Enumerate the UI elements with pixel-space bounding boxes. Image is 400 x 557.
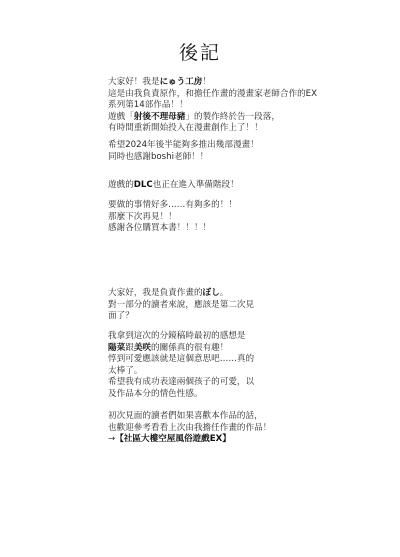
text-segment: 有時間重新開始投入在漫畫創作上了！！ [108,123,263,133]
section-illustrator-thoughts: 我拿到這次的分鏡稿時最初的感想是陽菜跟美咲的關係真的很有趣！惇到可愛應該就是這個… [108,331,358,401]
text-line: 及作品本分的情色性感。 [108,389,358,401]
text-segment: 跟 [125,343,134,353]
text-segment: 希望我有成功表達兩個孩子的可愛，以 [108,377,254,387]
text-segment: 要做的事情好多……有夠多的！！ [108,200,237,210]
emphasized-text: 射後不理母豬 [134,112,186,122]
text-line: 太棒了。 [108,366,358,378]
text-line: 有時間重新開始投入在漫畫創作上了！！ [108,123,358,135]
text-line: 希望我有成功表達兩個孩子的可愛，以 [108,377,358,389]
text-line: 惇到可愛應該就是這個意思吧……真的 [108,354,358,366]
text-line: 面了？ [108,311,358,323]
text-line: 我拿到這次的分鏡稿時最初的感想是 [108,331,358,343]
emphasized-text: 美咲 [134,343,151,353]
text-segment: 同時也感謝boshi老師！！ [108,152,208,162]
text-segment: 對一部分的讀者來說，應該是第二次見 [108,300,254,310]
text-segment: ！ [202,77,211,87]
text-segment: 惇到可愛應該就是這個意思吧……真的 [108,354,254,364]
section-illustrator-intro: 大家好，我是負責作畫的ぼし。對一部分的讀者來說，應該是第二次見面了？ [108,288,358,323]
section-recommendation: 初次見面的讀者們如果喜歡本作品的話，也歡迎參考看看上次由我擔任作畫的作品！→【社… [108,411,358,446]
text-segment: 遊戲「 [108,112,134,122]
text-line: 陽菜跟美咲的關係真的很有趣！ [108,343,358,355]
text-line: 這是由我負責原作，和擔任作畫的漫畫家老師合作的EX [108,89,358,101]
text-segment: 初次見面的讀者們如果喜歡本作品的話， [108,411,263,421]
text-line: 同時也感謝boshi老師！！ [108,152,358,164]
emphasized-text: ぼし [203,288,220,298]
page-title: 後記 [0,38,400,65]
text-segment: 我拿到這次的分鏡稿時最初的感想是 [108,331,246,341]
text-line: →【社區大樓空屋風俗遊戲EX】 [108,434,358,446]
section-artist-note: 大家好！我是にゅう工房！這是由我負責原作，和擔任作畫的漫畫家老師合作的EX系列第… [108,77,358,135]
text-line: 要做的事情好多……有夠多的！！ [108,200,358,212]
text-line: 也歡迎參考看看上次由我擔任作畫的作品！ [108,423,358,435]
text-segment: 的關係真的很有趣！ [151,343,228,353]
text-segment: 那麼下次再見！！ [108,212,177,222]
text-line: 系列第14部作品！！ [108,100,358,112]
text-line: 遊戲的DLC也正在進入準備階段！ [108,180,358,192]
text-line: 遊戲「射後不理母豬」的製作終於告一段落， [108,112,358,124]
text-line: 對一部分的讀者來說，應該是第二次見 [108,300,358,312]
section-dlc: 遊戲的DLC也正在進入準備階段！ [108,180,358,192]
section-thanks: 要做的事情好多……有夠多的！！那麼下次再見！！感謝各位購買本書！！！！ [108,200,358,235]
text-line: 大家好！我是にゅう工房！ [108,77,358,89]
emphasized-text: DLC [134,180,153,190]
text-segment: 及作品本分的情色性感。 [108,389,203,399]
text-segment: 系列第14部作品！！ [108,100,188,110]
emphasized-text: 【社區大樓空屋風俗遊戲EX】 [115,434,231,444]
text-segment: 面了？ [108,311,134,321]
text-segment: 也歡迎參考看看上次由我擔任作畫的作品！ [108,423,271,433]
text-segment: 大家好！我是 [108,77,160,87]
text-segment: 希望2024年後半能夠多推出幾部漫畫！ [108,140,259,150]
text-line: 感謝各位購買本書！！！！ [108,223,358,235]
text-segment: 」的製作終於告一段落， [185,112,280,122]
emphasized-text: にゅう工房 [160,77,203,87]
text-segment: 也正在進入準備階段！ [153,180,239,190]
text-segment: 這是由我負責原作，和擔任作畫的漫畫家老師合作的EX [108,89,317,99]
emphasized-text: 陽菜 [108,343,125,353]
text-line: 大家好，我是負責作畫的ぼし。 [108,288,358,300]
text-segment: 。 [220,288,229,298]
text-line: 希望2024年後半能夠多推出幾部漫畫！ [108,140,358,152]
text-segment: 太棒了。 [108,366,142,376]
text-line: 那麼下次再見！！ [108,212,358,224]
text-line: 初次見面的讀者們如果喜歡本作品的話， [108,411,358,423]
text-segment: 遊戲的 [108,180,134,190]
text-segment: 感謝各位購買本書！！！！ [108,223,211,233]
text-segment: 大家好，我是負責作畫的 [108,288,203,298]
section-hopes: 希望2024年後半能夠多推出幾部漫畫！同時也感謝boshi老師！！ [108,140,358,163]
